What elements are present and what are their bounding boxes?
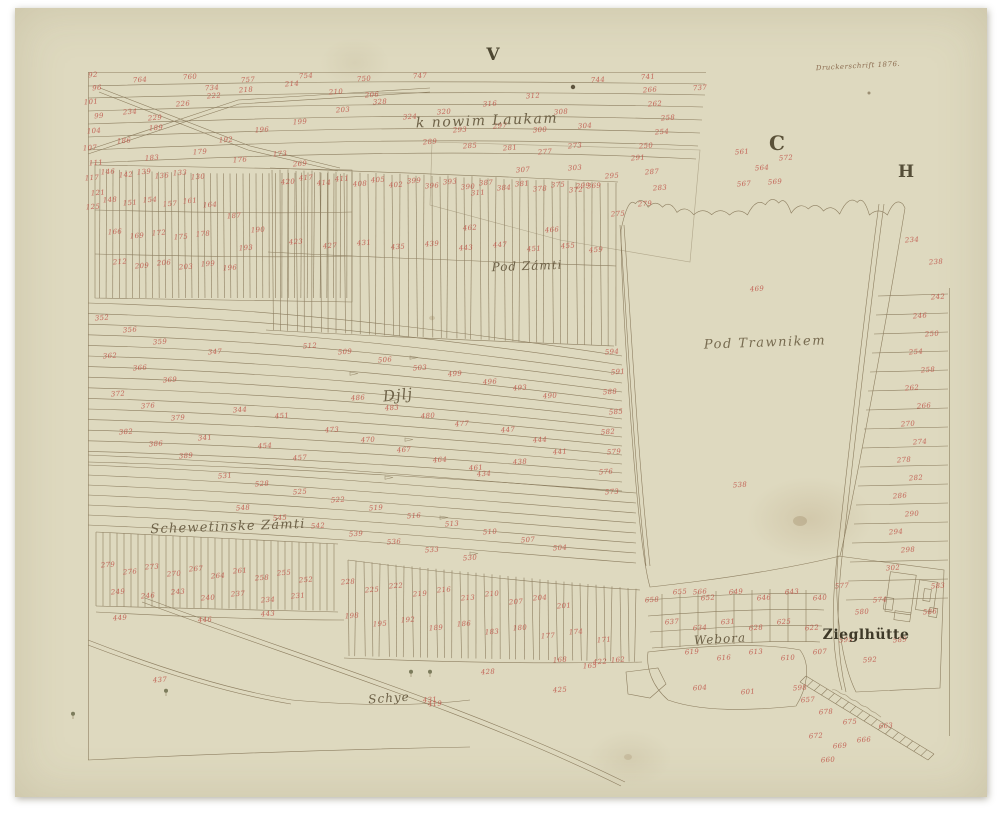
road-top-left <box>88 88 430 171</box>
road-to-zieglhuette <box>833 204 884 692</box>
hatched-meadow-band <box>430 142 700 262</box>
strip-fields-right-edge <box>846 294 948 600</box>
strip-fields-lower <box>88 455 636 563</box>
pond-outline <box>626 668 666 698</box>
road-along-meadow-edge <box>620 225 650 566</box>
tree-symbols <box>71 670 432 719</box>
paper-stains <box>429 85 871 760</box>
strip-fields-pod-zamti <box>266 168 618 346</box>
webora-parcels <box>646 589 826 648</box>
strip-fields-bottom <box>344 560 642 663</box>
road-label-script <box>832 688 882 718</box>
embanked-road-bottom-right <box>800 676 934 760</box>
cadastral-map-scan: 7647607577547507477447417377349296101991… <box>0 0 1000 822</box>
map-drawing <box>0 0 1000 822</box>
strip-block-schewetinske <box>96 532 344 620</box>
meadow-lower <box>648 556 944 709</box>
roads-bottom <box>88 598 625 786</box>
village-parcel-block <box>95 165 352 302</box>
strip-fields-djlj <box>88 303 622 491</box>
